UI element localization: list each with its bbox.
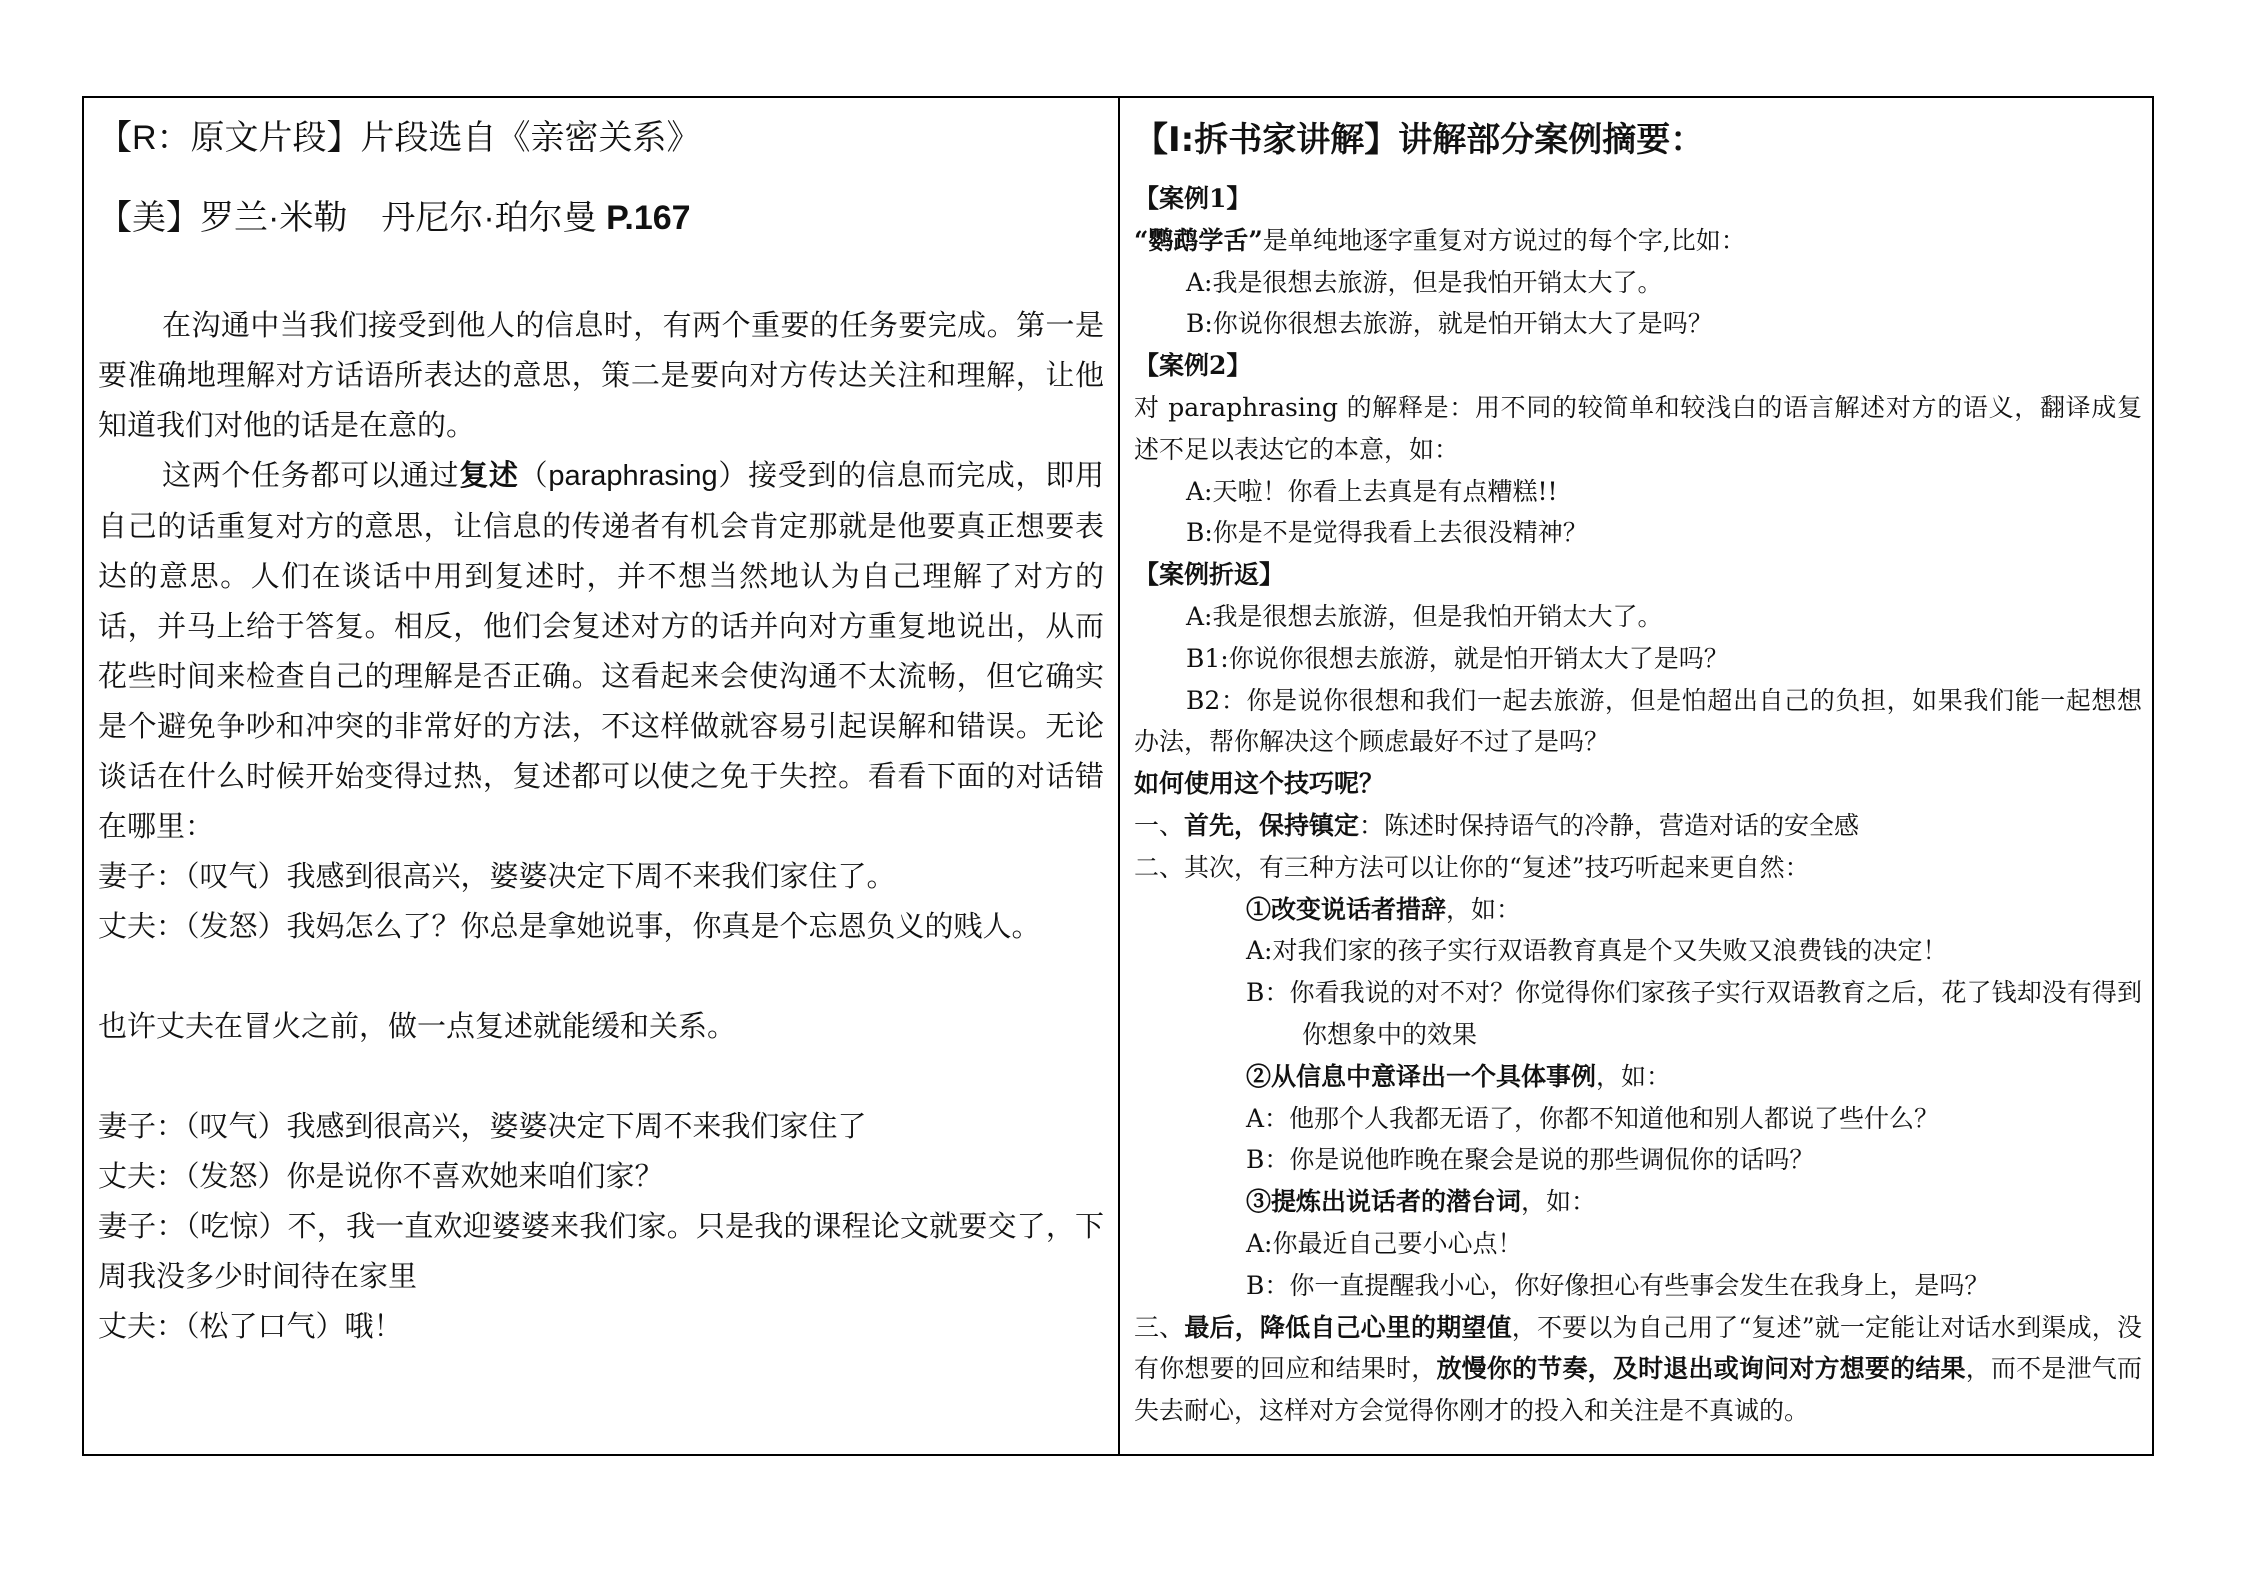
step1-prefix: 一、 [1134,811,1184,840]
method1-title-bold: ①改变说话者措辞 [1246,895,1446,924]
spacer [98,951,1104,1001]
dialog2-line-3: 妻子：（吃惊）不，我一直欢迎婆婆来我们家。只是我的课程论文就要交了，下周我没多少… [98,1201,1104,1301]
method1-title-rest: ，如： [1446,895,1521,924]
step2: 二、其次，有三种方法可以让你的“复述”技巧听起来更自然： [1134,847,2142,889]
author-line: 【美】罗兰·米勒 丹尼尔·珀尔曼 P.167 [98,198,1104,238]
dialog1-husband: 丈夫：（发怒）我妈怎么了？你总是拿她说事，你真是个忘恩负义的贱人。 [98,901,1104,951]
explanation-body: 【案例1】 “鹦鹉学舌”是单纯地逐字重复对方说过的每个字,比如： A:我是很想去… [1134,178,2142,1432]
dialog2-line-2: 丈夫：（发怒）你是说你不喜欢她来咱们家？ [98,1151,1104,1201]
howto-heading: 如何使用这个技巧呢？ [1134,763,2142,805]
method2-title-rest: ，如： [1596,1062,1671,1091]
method3-title: ③提炼出说话者的潜台词，如： [1134,1181,2142,1223]
method2-a: A：他那个人我都无语了，你都不知道他和别人都说了些什么？ [1134,1098,2142,1140]
method2-title-bold: ②从信息中意译出一个具体事例 [1246,1062,1596,1091]
method1-a: A:对我们家的孩子实行双语教育真是个又失败又浪费钱的决定！ [1134,930,2142,972]
excerpt-body: 在沟通中当我们接受到他人的信息时，有两个重要的任务要完成。第一是要准确地理解对方… [98,300,1104,1351]
page-reference: P.167 [606,199,690,237]
paragraph-1: 在沟通中当我们接受到他人的信息时，有两个重要的任务要完成。第一是要准确地理解对方… [98,300,1104,450]
spacer [98,1051,1104,1101]
case3-b1: B1:你说你很想去旅游，就是怕开销太大了是吗？ [1134,638,2142,680]
para2-rest: 接受到的信息而完成，即用自己的话重复对方的意思，让信息的传递者有机会肯定那就是他… [98,458,1104,843]
method2-title: ②从信息中意译出一个具体事例，如： [1134,1056,2142,1098]
method3-a: A:你最近自己要小心点！ [1134,1223,2142,1265]
dialog2-line-4: 丈夫：（松了口气）哦！ [98,1301,1104,1351]
step1-rest: ：陈述时保持语气的冷静，营造对话的安全感 [1359,811,1859,840]
step3-prefix: 三、 [1134,1313,1184,1342]
case1-b: B:你说你很想去旅游，就是怕开销太大了是吗？ [1134,303,2142,345]
dialog2-line-1: 妻子：（叹气）我感到很高兴，婆婆决定下周不来我们家住了 [98,1101,1104,1151]
method2-b: B：你是说他昨晚在聚会是说的那些调侃你的话吗？ [1134,1139,2142,1181]
case3-b2: B2：你是说你很想和我们一起去旅游，但是怕超出自己的负担，如果我们能一起想想办法… [1134,680,2142,764]
paragraph-2: 这两个任务都可以通过复述（paraphrasing）接受到的信息而完成，即用自己… [98,450,1104,851]
case2-a: A:天啦！你看上去真是有点糟糕!! [1134,471,2142,513]
case1-intro: “鹦鹉学舌”是单纯地逐字重复对方说过的每个字,比如： [1134,220,2142,262]
step3-bold-1: 最后，降低自己心里的期望值 [1184,1313,1511,1342]
case3-a: A:我是很想去旅游，但是我怕开销太大了。 [1134,596,2142,638]
method3-b: B：你一直提醒我小心，你好像担心有些事会发生在我身上，是吗？ [1134,1265,2142,1307]
explanation-title: 【I:拆书家讲解】讲解部分案例摘要： [1134,120,2142,160]
document-table: 【R：原文片段】片段选自《亲密关系》 【美】罗兰·米勒 丹尼尔·珀尔曼 P.16… [82,96,2154,1456]
original-excerpt-column: 【R：原文片段】片段选自《亲密关系》 【美】罗兰·米勒 丹尼尔·珀尔曼 P.16… [84,98,1120,1454]
excerpt-title: 【R：原文片段】片段选自《亲密关系》 [98,118,1104,158]
method1-title: ①改变说话者措辞，如： [1134,889,2142,931]
paraphrasing-english: （paraphrasing） [519,460,748,492]
method3-title-bold: ③提炼出说话者的潜台词 [1246,1187,1521,1216]
method1-b-text: B：你看我说的对不对？你觉得你们家孩子实行双语教育之后，花了钱却没有得到你想象中… [1246,972,2142,1056]
case2-b: B:你是不是觉得我看上去很没精神？ [1134,512,2142,554]
paraphrase-term: 复述 [459,458,518,492]
case3-label: 【案例折返】 [1134,554,2142,596]
case1-term: “鹦鹉学舌” [1134,226,1263,255]
note: 也许丈夫在冒火之前，做一点复述就能缓和关系。 [98,1001,1104,1051]
step3: 三、最后，降低自己心里的期望值，不要以为自己用了“复述”就一定能让对话水到渠成，… [1134,1307,2142,1432]
para2-text: 这两个任务都可以通过 [162,458,459,492]
step3-bold-2: 放慢你的节奏，及时退出或询问对方想要的结果 [1436,1354,1965,1383]
authors: 【美】罗兰·米勒 丹尼尔·珀尔曼 [98,199,597,237]
method1-b: B：你看我说的对不对？你觉得你们家孩子实行双语教育之后，花了钱却没有得到你想象中… [1134,972,2142,1056]
case1-a: A:我是很想去旅游，但是我怕开销太大了。 [1134,262,2142,304]
case2-label: 【案例2】 [1134,345,2142,387]
explanation-column: 【I:拆书家讲解】讲解部分案例摘要： 【案例1】 “鹦鹉学舌”是单纯地逐字重复对… [1120,98,2152,1454]
step1: 一、首先，保持镇定：陈述时保持语气的冷静，营造对话的安全感 [1134,805,2142,847]
case1-label: 【案例1】 [1134,178,2142,220]
dialog1-wife: 妻子：（叹气）我感到很高兴，婆婆决定下周不来我们家住了。 [98,851,1104,901]
method3-title-rest: ，如： [1521,1187,1596,1216]
case1-intro-text: 是单纯地逐字重复对方说过的每个字,比如： [1263,226,1746,255]
case2-intro: 对 paraphrasing 的解释是：用不同的较简单和较浅白的语言解述对方的语… [1134,387,2142,471]
step1-bold: 首先，保持镇定 [1184,811,1359,840]
